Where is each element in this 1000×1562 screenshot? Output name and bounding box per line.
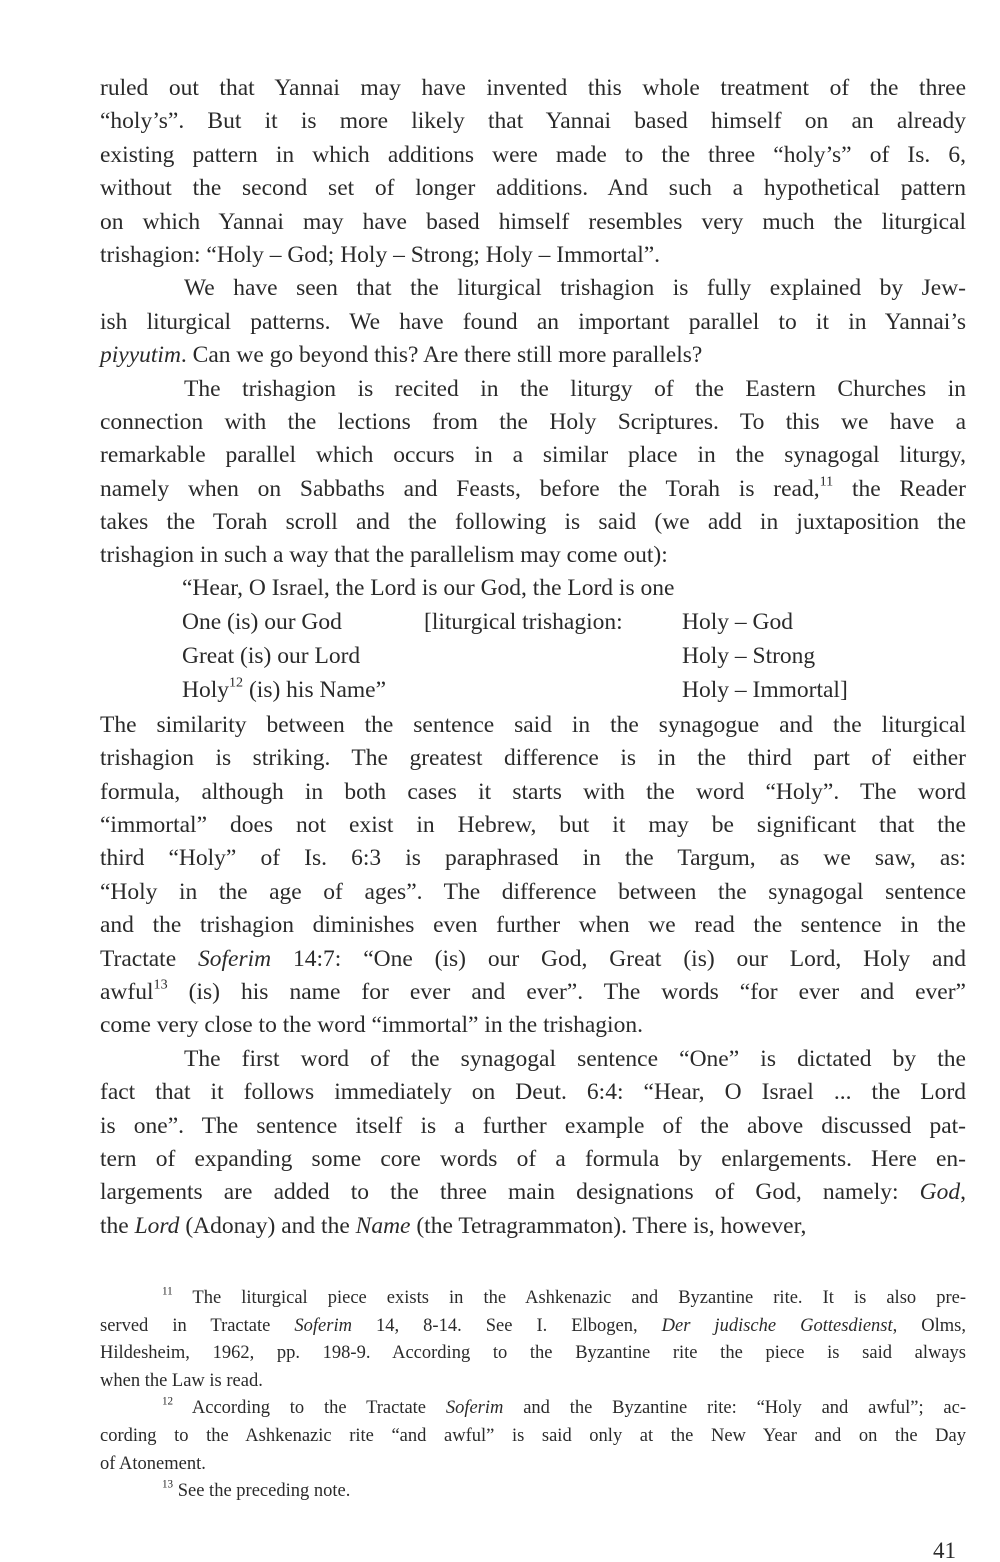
paragraph-after-1-line: third “Holy” of Is. 6:3 is paraphrased i…: [100, 842, 966, 875]
italic-text: God: [920, 1179, 960, 1205]
paragraph-after-2-line: The first word of the synagogal sentence…: [100, 1043, 966, 1076]
paragraph-3-line: connection with the lections from the Ho…: [100, 406, 966, 439]
paragraph-3-line: remarkable parallel which occurs in a si…: [100, 439, 966, 472]
footnote-ref: 13: [154, 976, 168, 992]
italic-text: Lord: [135, 1213, 180, 1239]
footnote-11-line: when the Law is read.: [100, 1368, 966, 1396]
footnote-11-line: served in Tractate Soferim 14, 8-14. See…: [100, 1313, 966, 1341]
paragraph-2-line: ish liturgical patterns. We have found a…: [100, 306, 966, 339]
paragraph-1-line: without the second set of longer additio…: [100, 172, 966, 205]
paragraph-after-1-line: The similarity between the sentence said…: [100, 709, 966, 742]
italic-text: piyyutim: [100, 342, 181, 368]
paragraph-1-line: on which Yannai may have based himself r…: [100, 206, 966, 239]
paragraph-after-1-line: and the trishagion diminishes even furth…: [100, 909, 966, 942]
italic-text: Der judische Gottesdienst: [662, 1316, 893, 1336]
paragraph-after-1-line: trishagion is striking. The greatest dif…: [100, 742, 966, 775]
paragraph-after-1-line: “Holy in the age of ages”. The differenc…: [100, 876, 966, 909]
quote-row-1-middle: [liturgical trishagion:: [424, 609, 623, 636]
paragraph-1-line: ruled out that Yannai may have invented …: [100, 72, 966, 105]
paragraph-after-2-line: largements are added to the three main d…: [100, 1176, 966, 1209]
italic-text: Soferim: [446, 1398, 504, 1418]
paragraph-after-2-line: the Lord (Adonay) and the Name (the Tetr…: [100, 1210, 966, 1243]
footnote-12-line: 12 According to the Tractate Soferim and…: [100, 1395, 966, 1423]
quote-row-3-left: Holy12 (is) his Name”: [182, 677, 386, 704]
paragraph-3-line: trishagion in such a way that the parall…: [100, 539, 966, 572]
italic-text: Name: [356, 1213, 411, 1239]
footnote-ref: 11: [162, 1286, 173, 1298]
quote-row-2-right: Holy – Strong: [682, 643, 815, 670]
footnote-ref: 12: [229, 674, 243, 690]
paragraph-after-1-line: come very close to the word “immortal” i…: [100, 1009, 966, 1042]
paragraph-2-line: We have seen that the liturgical trishag…: [100, 272, 966, 305]
quote-row-1-left: One (is) our God: [182, 609, 342, 636]
footnote-ref: 12: [162, 1396, 173, 1408]
footnote-11-line: 11 The liturgical piece exists in the As…: [100, 1285, 966, 1313]
page-number: 41: [933, 1538, 956, 1562]
footnote-12-line: of Atonement.: [100, 1451, 966, 1479]
paragraph-after-2-line: fact that it follows immediately on Deut…: [100, 1076, 966, 1109]
footnote-ref: 11: [820, 473, 834, 489]
quote-row-3-right: Holy – Immortal]: [682, 677, 848, 704]
footnote-ref: 13: [162, 1479, 173, 1491]
quote-line-hear-o-israel: “Hear, O Israel, the Lord is our God, th…: [182, 575, 674, 602]
paragraph-after-1-line: awful13 (is) his name for ever and ever”…: [100, 976, 966, 1009]
quote-block: “Hear, O Israel, the Lord is our God, th…: [100, 573, 966, 709]
paragraph-3-line: takes the Torah scroll and the following…: [100, 506, 966, 539]
quote-row-2-left: Great (is) our Lord: [182, 643, 360, 670]
paragraph-after-2-line: tern of expanding some core words of a f…: [100, 1143, 966, 1176]
main-text-before-quote: ruled out that Yannai may have invented …: [100, 72, 966, 573]
paragraph-1-line: “holy’s”. But it is more likely that Yan…: [100, 105, 966, 138]
italic-text: Soferim: [294, 1316, 352, 1336]
paragraph-1-line: existing pattern in which additions were…: [100, 139, 966, 172]
paragraph-after-1-line: formula, although in both cases it start…: [100, 776, 966, 809]
main-text-after-quote: The similarity between the sentence said…: [100, 709, 966, 1243]
footnote-13-line: 13 See the preceding note.: [100, 1478, 966, 1506]
paragraph-after-1-line: “immortal” does not exist in Hebrew, but…: [100, 809, 966, 842]
paragraph-3-line: The trishagion is recited in the liturgy…: [100, 373, 966, 406]
quote-row-1-right: Holy – God: [682, 609, 793, 636]
page-body: ruled out that Yannai may have invented …: [100, 72, 966, 1243]
paragraph-after-1-line: Tractate Soferim 14:7: “One (is) our God…: [100, 943, 966, 976]
footnote-11-line: Hildesheim, 1962, pp. 198-9. According t…: [100, 1340, 966, 1368]
paragraph-3-line: namely when on Sabbaths and Feasts, befo…: [100, 473, 966, 506]
footnotes: 11 The liturgical piece exists in the As…: [100, 1285, 966, 1506]
paragraph-after-2-line: is one”. The sentence itself is a furthe…: [100, 1110, 966, 1143]
footnote-12-line: cording to the Ashkenazic rite “and awfu…: [100, 1423, 966, 1451]
paragraph-2-line: piyyutim. Can we go beyond this? Are the…: [100, 339, 966, 372]
paragraph-1-line: trishagion: “Holy – God; Holy – Strong; …: [100, 239, 966, 272]
italic-text: Soferim: [198, 946, 271, 972]
